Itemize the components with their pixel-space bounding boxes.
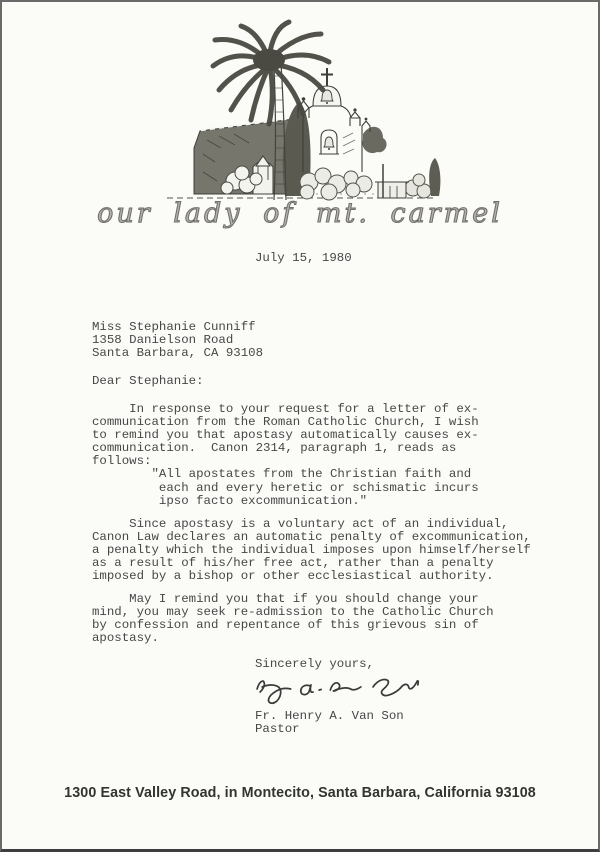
letter-date: July 15, 1980	[255, 252, 352, 265]
body-paragraph-1: In response to your request for a letter…	[92, 403, 479, 508]
body-paragraph-3: May I remind you that if you should chan…	[92, 593, 494, 645]
handwritten-signature-scrawl	[252, 672, 430, 708]
salutation: Dear Stephanie:	[92, 375, 204, 388]
recipient-address: Miss Stephanie Cunniff 1358 Danielson Ro…	[92, 321, 263, 360]
outbuilding-sketch	[375, 164, 409, 198]
small-dark-tree	[429, 158, 440, 196]
right-bushes-sketch	[300, 168, 431, 200]
letterhead-church-name: our lady of mt. carmel	[2, 198, 598, 229]
valediction: Sincerely yours,	[255, 658, 374, 671]
letter-page: our lady of mt. carmel July 15, 1980 Mis…	[0, 0, 600, 852]
body-paragraph-2: Since apostasy is a voluntary act of an …	[92, 518, 531, 583]
background-foliage-right	[362, 127, 386, 153]
footer-address: 1300 East Valley Road, in Montecito, San…	[2, 785, 598, 801]
mission-church-illustration	[157, 14, 447, 202]
signature-name-and-title: Fr. Henry A. Van Son Pastor	[255, 710, 404, 736]
